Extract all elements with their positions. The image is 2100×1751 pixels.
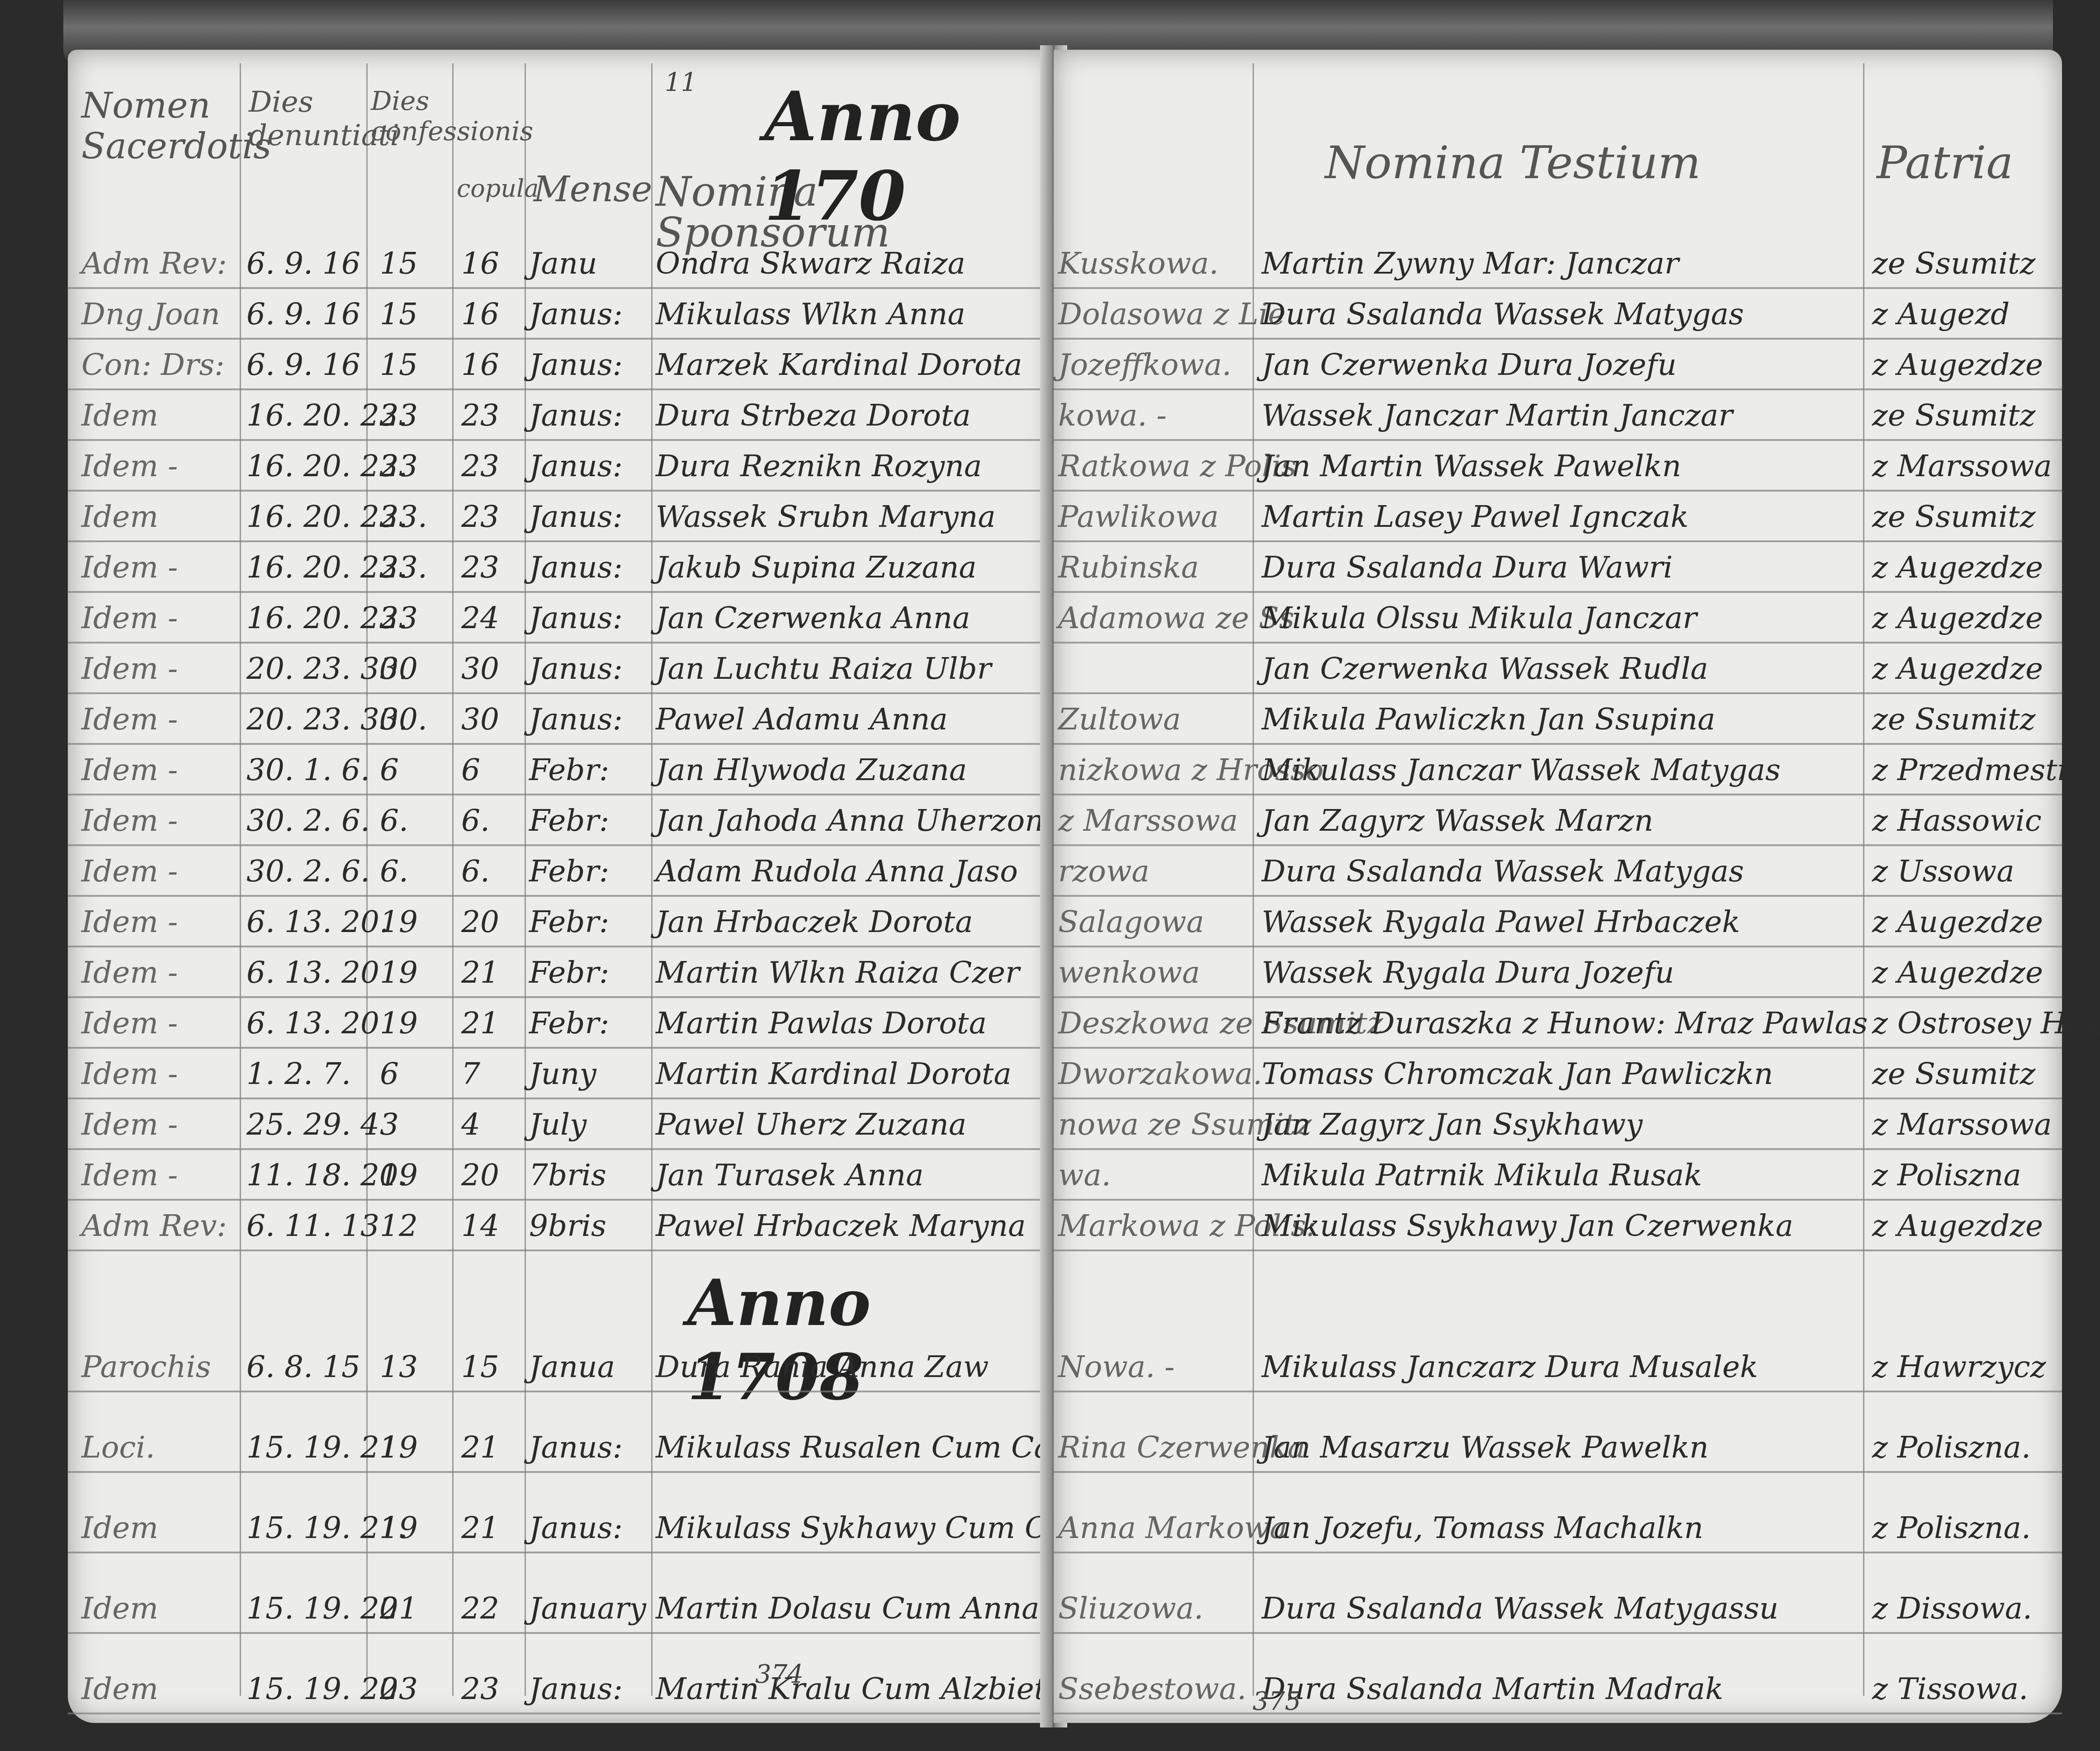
cell-sponsa: Ssebestowa.	[1058, 1674, 1246, 1704]
cell-sacerdos: Loci.	[81, 1433, 155, 1462]
row-rule	[68, 692, 1054, 694]
cell-conf: 23	[380, 401, 418, 431]
cell-denun: 6. 11. 13	[246, 1211, 379, 1241]
cell-cop: 16	[461, 299, 499, 329]
cell-conf: 6	[380, 1059, 399, 1089]
cell-cop: 23	[461, 401, 499, 431]
cell-testes: Jan Zagyrz Jan Ssykhawy	[1262, 1110, 1643, 1140]
cell-sponsa: Pawlikowa	[1058, 502, 1219, 532]
cell-conf: 13	[380, 1352, 418, 1382]
cell-patria: z Poliszna.	[1872, 1433, 2031, 1462]
row-rule	[68, 1713, 1054, 1714]
cell-testes: Martin Zywny Mar: Janczar	[1262, 249, 1679, 279]
cell-mense: Juny	[529, 1059, 596, 1089]
cell-cop: 21	[461, 1008, 499, 1038]
cell-testes: Jan Zagyrz Wassek Marzn	[1262, 806, 1653, 836]
cell-testes: Jan Czerwenka Wassek Rudla	[1262, 654, 1708, 684]
row-rule	[68, 895, 1054, 897]
cell-patria: z Ussowa	[1872, 857, 2015, 886]
cell-sacerdos: Idem -	[81, 1110, 178, 1140]
margin-mark: 11	[665, 68, 697, 97]
cell-sacerdos: Idem -	[81, 1059, 178, 1089]
row-rule	[68, 287, 1054, 289]
cell-conf: 23.	[380, 502, 427, 532]
cell-conf: 6.	[380, 857, 408, 886]
row-rule	[1054, 1632, 2062, 1634]
cell-patria: ze Ssumitz	[1872, 401, 2035, 431]
cell-sponsi: Marzek Kardinal Dorota	[656, 350, 1022, 380]
header-nomina-testium: Nomina Testium	[1325, 140, 1701, 185]
cell-sponsa: wenkowa	[1058, 958, 1200, 988]
cell-testes: Martin Lasey Pawel Ignczak	[1262, 502, 1689, 532]
cell-sponsi: Martin Kardinal Dorota	[656, 1059, 1012, 1089]
cell-patria: z Przedmesti	[1872, 755, 2067, 785]
row-rule	[1054, 287, 2062, 289]
cell-sacerdos: Idem -	[81, 958, 178, 988]
cell-denun: 15. 19. 20	[246, 1594, 398, 1623]
cell-conf: 19	[380, 907, 418, 937]
cell-cop: 30	[461, 705, 499, 734]
cell-denun: 25. 29. 4	[246, 1110, 379, 1140]
cell-conf: 23.	[380, 553, 427, 582]
cell-sponsi: Pawel Adamu Anna	[656, 705, 948, 734]
cell-denun: 15. 19. 21	[246, 1433, 398, 1462]
cell-testes: Mikulass Ssykhawy Jan Czerwenka	[1262, 1211, 1793, 1241]
row-rule	[1054, 642, 2062, 644]
cell-patria: z Augezdze	[1872, 654, 2043, 684]
row-rule	[68, 1047, 1054, 1049]
cell-denun: 6. 13. 20	[246, 1008, 379, 1038]
cell-sacerdos: Idem	[81, 502, 158, 532]
column-divider	[452, 63, 454, 1696]
cell-sponsi: Jan Hlywoda Zuzana	[656, 755, 967, 785]
cell-testes: Dura Ssalanda Wassek Matygas	[1262, 857, 1744, 886]
cell-sponsa: Jozeffkowa.	[1058, 350, 1231, 380]
cell-cop: 6.	[461, 806, 490, 836]
cell-cop: 23	[461, 451, 499, 481]
cell-sponsa: z Marssowa	[1058, 806, 1238, 836]
row-rule	[68, 1552, 1054, 1553]
row-rule	[68, 1249, 1054, 1251]
cell-sponsi: Dura Reznikn Rozyna	[656, 451, 982, 481]
cell-conf: 19	[380, 1008, 418, 1038]
cell-cop: 20	[461, 907, 499, 937]
cell-testes: Mikula Olssu Mikula Janczar	[1262, 603, 1697, 633]
row-rule	[1054, 1047, 2062, 1049]
cell-sponsi: Pawel Hrbaczek Maryna	[656, 1211, 1026, 1241]
cell-cop: 15	[461, 1352, 499, 1382]
cell-denun: 6. 9. 16	[246, 299, 360, 329]
cell-sacerdos: Parochis	[81, 1352, 211, 1382]
cell-mense: Janus:	[529, 401, 623, 431]
cell-testes: Dura Ssalanda Dura Wawri	[1262, 553, 1673, 582]
cell-cop: 23	[461, 1674, 499, 1704]
cell-patria: z Marssowa	[1872, 1110, 2052, 1140]
cell-sponsa: wa.	[1058, 1160, 1111, 1190]
row-rule	[1054, 591, 2062, 593]
cell-sponsi: Martin Kralu Cum Alzbieta	[656, 1674, 1064, 1704]
cell-patria: z Augezdze	[1872, 1211, 2043, 1241]
row-rule	[1054, 946, 2062, 947]
row-rule	[1054, 439, 2062, 441]
cell-conf: 23	[380, 451, 418, 481]
cell-mense: Janus:	[529, 502, 623, 532]
row-rule	[68, 388, 1054, 390]
right-page: Nomina Testium Patria Kusskowa.Martin Zy…	[1054, 50, 2062, 1723]
cell-denun: 30. 1. 6.	[246, 755, 370, 785]
cell-sponsi: Jan Czerwenka Anna	[656, 603, 970, 633]
header-sacerdos: Nomen Sacerdotis	[81, 86, 235, 167]
row-rule	[68, 1391, 1054, 1392]
year-heading-1707: Anno 170	[764, 77, 1054, 236]
cell-mense: Febr:	[529, 958, 609, 988]
cell-patria: z Hassowic	[1872, 806, 2042, 836]
row-rule	[68, 439, 1054, 441]
cell-sponsi: Jan Turasek Anna	[656, 1160, 924, 1190]
cell-sponsa: Rubinska	[1058, 553, 1199, 582]
cell-sponsa: Nowa. -	[1058, 1352, 1175, 1382]
cell-testes: Jan Martin Wassek Pawelkn	[1262, 451, 1681, 481]
cell-mense: 7bris	[529, 1160, 606, 1190]
cell-sponsa: Kusskowa.	[1058, 249, 1219, 279]
cell-sponsa: rzowa	[1058, 857, 1149, 886]
cell-testes: Dura Ssalanda Wassek Matygas	[1262, 299, 1744, 329]
column-divider	[525, 63, 526, 1696]
cell-conf: 3	[380, 1110, 399, 1140]
cell-sacerdos: Idem -	[81, 755, 178, 785]
cell-patria: ze Ssumitz	[1872, 249, 2035, 279]
row-rule	[68, 1148, 1054, 1150]
column-divider	[1863, 63, 1864, 1696]
cell-patria: z Augezdze	[1872, 907, 2043, 937]
row-rule	[1054, 692, 2062, 694]
cell-patria: z Augezd	[1872, 299, 2010, 329]
cell-cop: 6.	[461, 857, 490, 886]
cell-sacerdos: Idem -	[81, 603, 178, 633]
cell-patria: z Augezdze	[1872, 603, 2043, 633]
cell-patria: z Dissowa.	[1872, 1594, 2032, 1623]
left-page: Nomen Sacerdotis Dies denuntiati Dies co…	[68, 50, 1054, 1723]
cell-sponsa: Dolasowa z Lie	[1058, 299, 1286, 329]
cell-mense: Janus:	[529, 1513, 623, 1543]
row-rule	[68, 490, 1054, 492]
cell-denun: 6. 9. 16	[246, 350, 360, 380]
cell-conf: 15	[380, 350, 418, 380]
cell-testes: Tomass Chromczak Jan Pawliczkn	[1262, 1059, 1773, 1089]
cell-mense: Janus:	[529, 1433, 623, 1462]
row-rule	[68, 794, 1054, 795]
column-divider	[651, 63, 653, 1696]
row-rule	[68, 591, 1054, 593]
cell-patria: z Tissowa.	[1872, 1674, 2028, 1704]
cell-denun: 6. 8. 15	[246, 1352, 360, 1382]
cell-conf: 30.	[380, 705, 427, 734]
cell-conf: 12	[380, 1211, 418, 1241]
cell-mense: July	[529, 1110, 586, 1140]
cell-sponsi: Adam Rudola Anna Jaso	[656, 857, 1018, 886]
row-rule	[1054, 1713, 2062, 1714]
cell-cop: 16	[461, 249, 499, 279]
cell-sponsi: Martin Dolasu Cum Anna	[656, 1594, 1040, 1623]
cell-patria: z Marssowa	[1872, 451, 2052, 481]
row-rule	[1054, 540, 2062, 542]
cell-sacerdos: Idem -	[81, 857, 178, 886]
cell-sponsi: Dura Strbeza Dorota	[656, 401, 971, 431]
cell-testes: Mikula Pawliczkn Jan Ssupina	[1262, 705, 1715, 734]
cell-sponsa: Zultowa	[1058, 705, 1181, 734]
header-mense: Mense	[534, 172, 652, 207]
cell-sacerdos: Idem	[81, 1513, 158, 1543]
row-rule	[1054, 794, 2062, 795]
cell-conf: 23	[380, 1674, 418, 1704]
cell-cop: 23	[461, 553, 499, 582]
cell-cop: 21	[461, 1433, 499, 1462]
page-number-right: 375	[1253, 1687, 1301, 1716]
row-rule	[1054, 1098, 2062, 1099]
row-rule	[68, 844, 1054, 846]
cell-patria: z Hawrzycz	[1872, 1352, 2046, 1382]
row-rule	[68, 540, 1054, 542]
row-rule	[1054, 1249, 2062, 1251]
cell-sponsi: Jan Jahoda Anna Uherzon	[656, 806, 1044, 836]
cell-patria: ze Ssumitz	[1872, 705, 2035, 734]
row-rule	[1054, 895, 2062, 897]
cell-sponsi: Jakub Supina Zuzana	[656, 553, 977, 582]
cell-cop: 4	[461, 1110, 480, 1140]
row-rule	[1054, 388, 2062, 390]
cell-sacerdos: Idem -	[81, 907, 178, 937]
cell-sponsi: Wassek Srubn Maryna	[656, 502, 996, 532]
row-rule	[68, 642, 1054, 644]
row-rule	[68, 996, 1054, 998]
row-rule	[1054, 1391, 2062, 1392]
row-rule	[68, 1471, 1054, 1473]
cell-cop: 16	[461, 350, 499, 380]
row-rule	[1054, 996, 2062, 998]
cell-testes: Wassek Rygala Pawel Hrbaczek	[1262, 907, 1740, 937]
cell-conf: 19	[380, 1160, 418, 1190]
row-rule	[68, 338, 1054, 340]
cell-conf: 15	[380, 299, 418, 329]
cell-testes: Jan Jozefu, Tomass Machalkn	[1262, 1513, 1703, 1543]
cell-cop: 6	[461, 755, 480, 785]
cell-sponsi: Dura Rania Anna Zaw	[656, 1352, 989, 1382]
cell-sacerdos: Idem -	[81, 654, 178, 684]
cell-denun: 30. 2. 6.	[246, 857, 370, 886]
cell-conf: 19	[380, 958, 418, 988]
cell-conf: 15	[380, 249, 418, 279]
cell-cop: 22	[461, 1594, 499, 1623]
cell-sacerdos: Adm Rev:	[81, 249, 227, 279]
row-rule	[1054, 743, 2062, 745]
cell-conf: 21	[380, 1594, 418, 1623]
row-rule	[1054, 490, 2062, 492]
cell-mense: Janua	[529, 1352, 615, 1382]
cell-mense: Febr:	[529, 806, 609, 836]
book-spread: Nomen Sacerdotis Dies denuntiati Dies co…	[0, 0, 2100, 1751]
cell-sponsi: Martin Wlkn Raiza Czer	[656, 958, 1020, 988]
cell-mense: Janus:	[529, 1674, 623, 1704]
cell-testes: Mikulass Janczar Wassek Matygas	[1262, 755, 1781, 785]
row-rule	[1054, 338, 2062, 340]
cell-sacerdos: Idem -	[81, 451, 178, 481]
cell-sponsa: Anna Markowa	[1058, 1513, 1287, 1543]
header-dies-denuntiati: Dies denuntiati	[249, 86, 357, 152]
cell-testes: Frantz Duraszka z Hunow: Mraz Pawlas	[1262, 1008, 1868, 1038]
cell-sacerdos: Idem -	[81, 1160, 178, 1190]
cell-cop: 20	[461, 1160, 499, 1190]
cell-patria: z Poliszna	[1872, 1160, 2021, 1190]
cell-mense: Febr:	[529, 907, 609, 937]
cell-sacerdos: Idem -	[81, 1008, 178, 1038]
cell-mense: January	[529, 1594, 646, 1623]
cell-mense: Janus:	[529, 603, 623, 633]
cell-sponsa: Salagowa	[1058, 907, 1204, 937]
cell-mense: Febr:	[529, 755, 609, 785]
cell-sponsa: Dworzakowa.	[1058, 1059, 1262, 1089]
header-copula: copula	[457, 176, 525, 201]
cell-sponsi: Mikulass Rusalen Cum Cathe	[656, 1433, 1101, 1462]
cell-testes: Mikulass Janczarz Dura Musalek	[1262, 1352, 1758, 1382]
row-rule	[68, 1632, 1054, 1634]
cell-testes: Wassek Janczar Martin Janczar	[1262, 401, 1733, 431]
page-number-left: 374	[755, 1660, 804, 1689]
row-rule	[68, 946, 1054, 947]
cell-testes: Mikula Patrnik Mikula Rusak	[1262, 1160, 1702, 1190]
cell-testes: Dura Ssalanda Wassek Matygassu	[1262, 1594, 1778, 1623]
cell-sacerdos: Adm Rev:	[81, 1211, 227, 1241]
row-rule	[68, 1199, 1054, 1201]
cell-sponsa: kowa. -	[1058, 401, 1167, 431]
cell-mense: Janus:	[529, 654, 623, 684]
cell-sacerdos: Con: Drs:	[81, 350, 225, 380]
cell-denun: 6. 13. 20.	[246, 907, 389, 937]
cell-patria: z Augezdze	[1872, 958, 2043, 988]
cell-cop: 21	[461, 958, 499, 988]
cell-sponsi: Jan Hrbaczek Dorota	[656, 907, 973, 937]
cell-mense: Janus:	[529, 299, 623, 329]
cell-conf: 23	[380, 603, 418, 633]
cell-patria: z Augezdze	[1872, 553, 2043, 582]
cell-mense: Janus:	[529, 350, 623, 380]
cell-sponsa: Ratkowa z Polis	[1058, 451, 1296, 481]
cell-patria: z Augezdze	[1872, 350, 2043, 380]
row-rule	[68, 1098, 1054, 1099]
cell-patria: z Poliszna.	[1872, 1513, 2031, 1543]
cell-sacerdos: Idem -	[81, 806, 178, 836]
cell-mense: Febr:	[529, 857, 609, 886]
cell-conf: 19	[380, 1513, 418, 1543]
cell-mense: Febr:	[529, 1008, 609, 1038]
header-patria: Patria	[1877, 140, 2013, 185]
row-rule	[1054, 844, 2062, 846]
cell-denun: 15. 19. 20	[246, 1674, 398, 1704]
cell-cop: 7	[461, 1059, 480, 1089]
cell-cop: 24	[461, 603, 499, 633]
cell-sponsi: Pawel Uherz Zuzana	[656, 1110, 966, 1140]
cell-sponsa: Adamowa ze Ss	[1058, 603, 1294, 633]
cell-testes: Dura Ssalanda Martin Madrak	[1262, 1674, 1723, 1704]
cell-mense: Janu	[529, 249, 597, 279]
cell-cop: 30	[461, 654, 499, 684]
cell-patria: z Ostrosey Hory	[1872, 1008, 2100, 1038]
column-divider	[240, 63, 241, 1696]
cell-conf: 19	[380, 1433, 418, 1462]
cell-testes: Wassek Rygala Dura Jozefu	[1262, 958, 1674, 988]
cell-sacerdos: Idem	[81, 1674, 158, 1704]
cell-conf: 30	[380, 654, 418, 684]
row-rule	[1054, 1199, 2062, 1201]
cell-mense: Janus:	[529, 451, 623, 481]
cell-sacerdos: Idem -	[81, 553, 178, 582]
cell-mense: Janus:	[529, 705, 623, 734]
cell-denun: 30. 2. 6.	[246, 806, 370, 836]
cell-sacerdos: Idem	[81, 401, 158, 431]
cell-conf: 6.	[380, 806, 408, 836]
cell-patria: ze Ssumitz	[1872, 1059, 2035, 1089]
row-rule	[1054, 1471, 2062, 1473]
cell-denun: 6. 9. 16	[246, 249, 360, 279]
cell-cop: 23	[461, 502, 499, 532]
cell-sponsi: Jan Luchtu Raiza Ulbr	[656, 654, 991, 684]
cell-cop: 21	[461, 1513, 499, 1543]
cell-testes: Jan Czerwenka Dura Jozefu	[1262, 350, 1677, 380]
cell-sponsi: Mikulass Wlkn Anna	[656, 299, 965, 329]
row-rule	[68, 743, 1054, 745]
row-rule	[1054, 1552, 2062, 1553]
cell-mense: Janus:	[529, 553, 623, 582]
cell-sacerdos: Dng Joan	[81, 299, 220, 329]
cell-sponsa: Sliuzowa.	[1058, 1594, 1203, 1623]
cell-denun: 6. 13. 20	[246, 958, 379, 988]
cell-sacerdos: Idem -	[81, 705, 178, 734]
row-rule	[1054, 1148, 2062, 1150]
cell-mense: 9bris	[529, 1211, 606, 1241]
cell-sacerdos: Idem	[81, 1594, 158, 1623]
cell-denun: 1. 2. 7.	[246, 1059, 351, 1089]
header-dies-confessionis: Dies confessionis	[371, 86, 448, 146]
cell-patria: ze Ssumitz	[1872, 502, 2035, 532]
cell-cop: 14	[461, 1211, 499, 1241]
cell-testes: Jan Masarzu Wassek Pawelkn	[1262, 1433, 1708, 1462]
cell-conf: 6	[380, 755, 399, 785]
cell-sponsi: Martin Pawlas Dorota	[656, 1008, 987, 1038]
cell-sponsi: Ondra Skwarz Raiza	[656, 249, 965, 279]
